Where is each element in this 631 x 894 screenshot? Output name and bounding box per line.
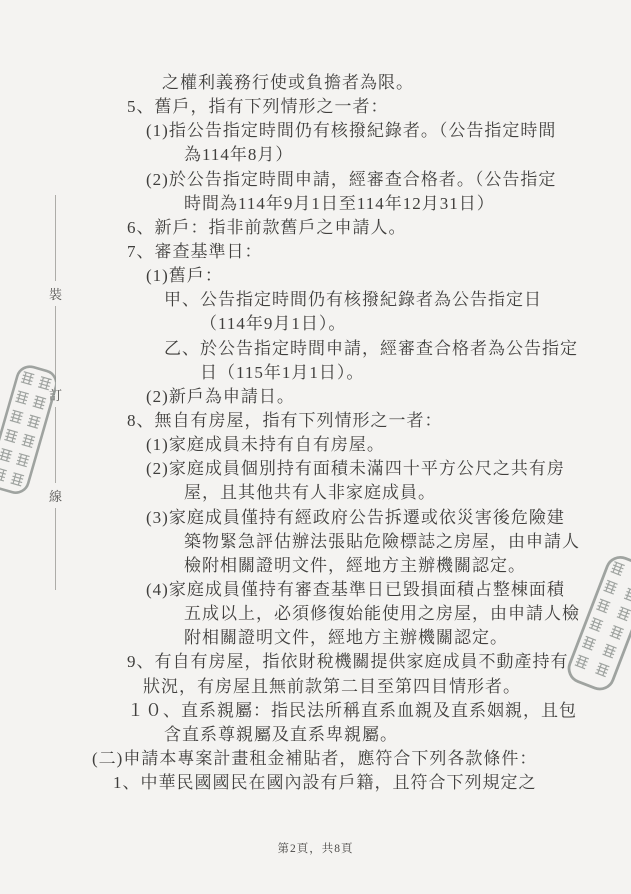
doc-line: 7、審查基準日： <box>127 240 631 264</box>
doc-line: 日（115年1月1日）。 <box>200 361 631 385</box>
doc-line: 之權利義務行使或負擔者為限。 <box>162 71 631 95</box>
doc-line: 5、舊戶，指有下列情形之一者： <box>127 95 631 119</box>
page-number-footer: 第2頁，共8頁 <box>0 840 631 856</box>
doc-line: 屋，且其他共有人非家庭成員。 <box>184 481 631 505</box>
doc-line: 築物緊急評估辦法張貼危險標誌之房屋，由申請人 <box>184 530 631 554</box>
doc-line: (2)於公告指定時間申請，經審查合格者。（公告指定 <box>146 168 631 192</box>
doc-line: (4)家庭成員僅持有審查基準日已毀損面積占整棟面積 <box>146 578 631 602</box>
doc-line: (1)家庭成員未持有自有房屋。 <box>146 433 631 457</box>
doc-line: 6、新戶：指非前款舊戶之申請人。 <box>127 216 631 240</box>
doc-line: （114年9月1日）。 <box>200 312 631 336</box>
doc-line: １０、直系親屬：指民法所稱直系血親及直系姻親，且包 <box>127 699 631 723</box>
doc-line: 五成以上，必須修復始能使用之房屋，由申請人檢 <box>184 602 631 626</box>
doc-line: 狀況，有房屋且無前款第二目至第四目情形者。 <box>143 675 631 699</box>
doc-line: (1)指公告指定時間仍有核撥紀錄者。（公告指定時間 <box>146 119 631 143</box>
document-body: 之權利義務行使或負擔者為限。 5、舊戶，指有下列情形之一者： (1)指公告指定時… <box>0 71 631 795</box>
doc-line: 檢附相關證明文件，經地方主辦機關認定。 <box>184 554 631 578</box>
doc-line: (2)家庭成員個別持有面積未滿四十平方公尺之共有房 <box>146 457 631 481</box>
doc-line: 9、有自有房屋，指依財稅機關提供家庭成員不動產持有 <box>127 650 631 674</box>
doc-line: 時間為114年9月1日至114年12月31日） <box>184 192 631 216</box>
doc-line: 為114年8月） <box>184 143 631 167</box>
scanned-document-page: 裝 訂 線 <box>0 0 631 894</box>
doc-line: 含直系尊親屬及直系卑親屬。 <box>164 723 631 747</box>
doc-line: 附相關證明文件，經地方主辦機關認定。 <box>184 626 631 650</box>
doc-line: 1、中華民國國民在國內設有戶籍，且符合下列規定之 <box>113 771 631 795</box>
doc-line: 乙、於公告指定時間申請，經審查合格者為公告指定 <box>164 337 631 361</box>
doc-line: (3)家庭成員僅持有經政府公告拆遷或依災害後危險建 <box>146 506 631 530</box>
doc-line: 甲、公告指定時間仍有核撥紀錄者為公告指定日 <box>164 288 631 312</box>
doc-line: (二)申請本專案計畫租金補貼者，應符合下列各款條件： <box>92 747 631 771</box>
doc-line: (1)舊戶： <box>146 264 631 288</box>
doc-line: (2)新戶為申請日。 <box>146 385 631 409</box>
doc-line: 8、無自有房屋，指有下列情形之一者： <box>127 409 631 433</box>
